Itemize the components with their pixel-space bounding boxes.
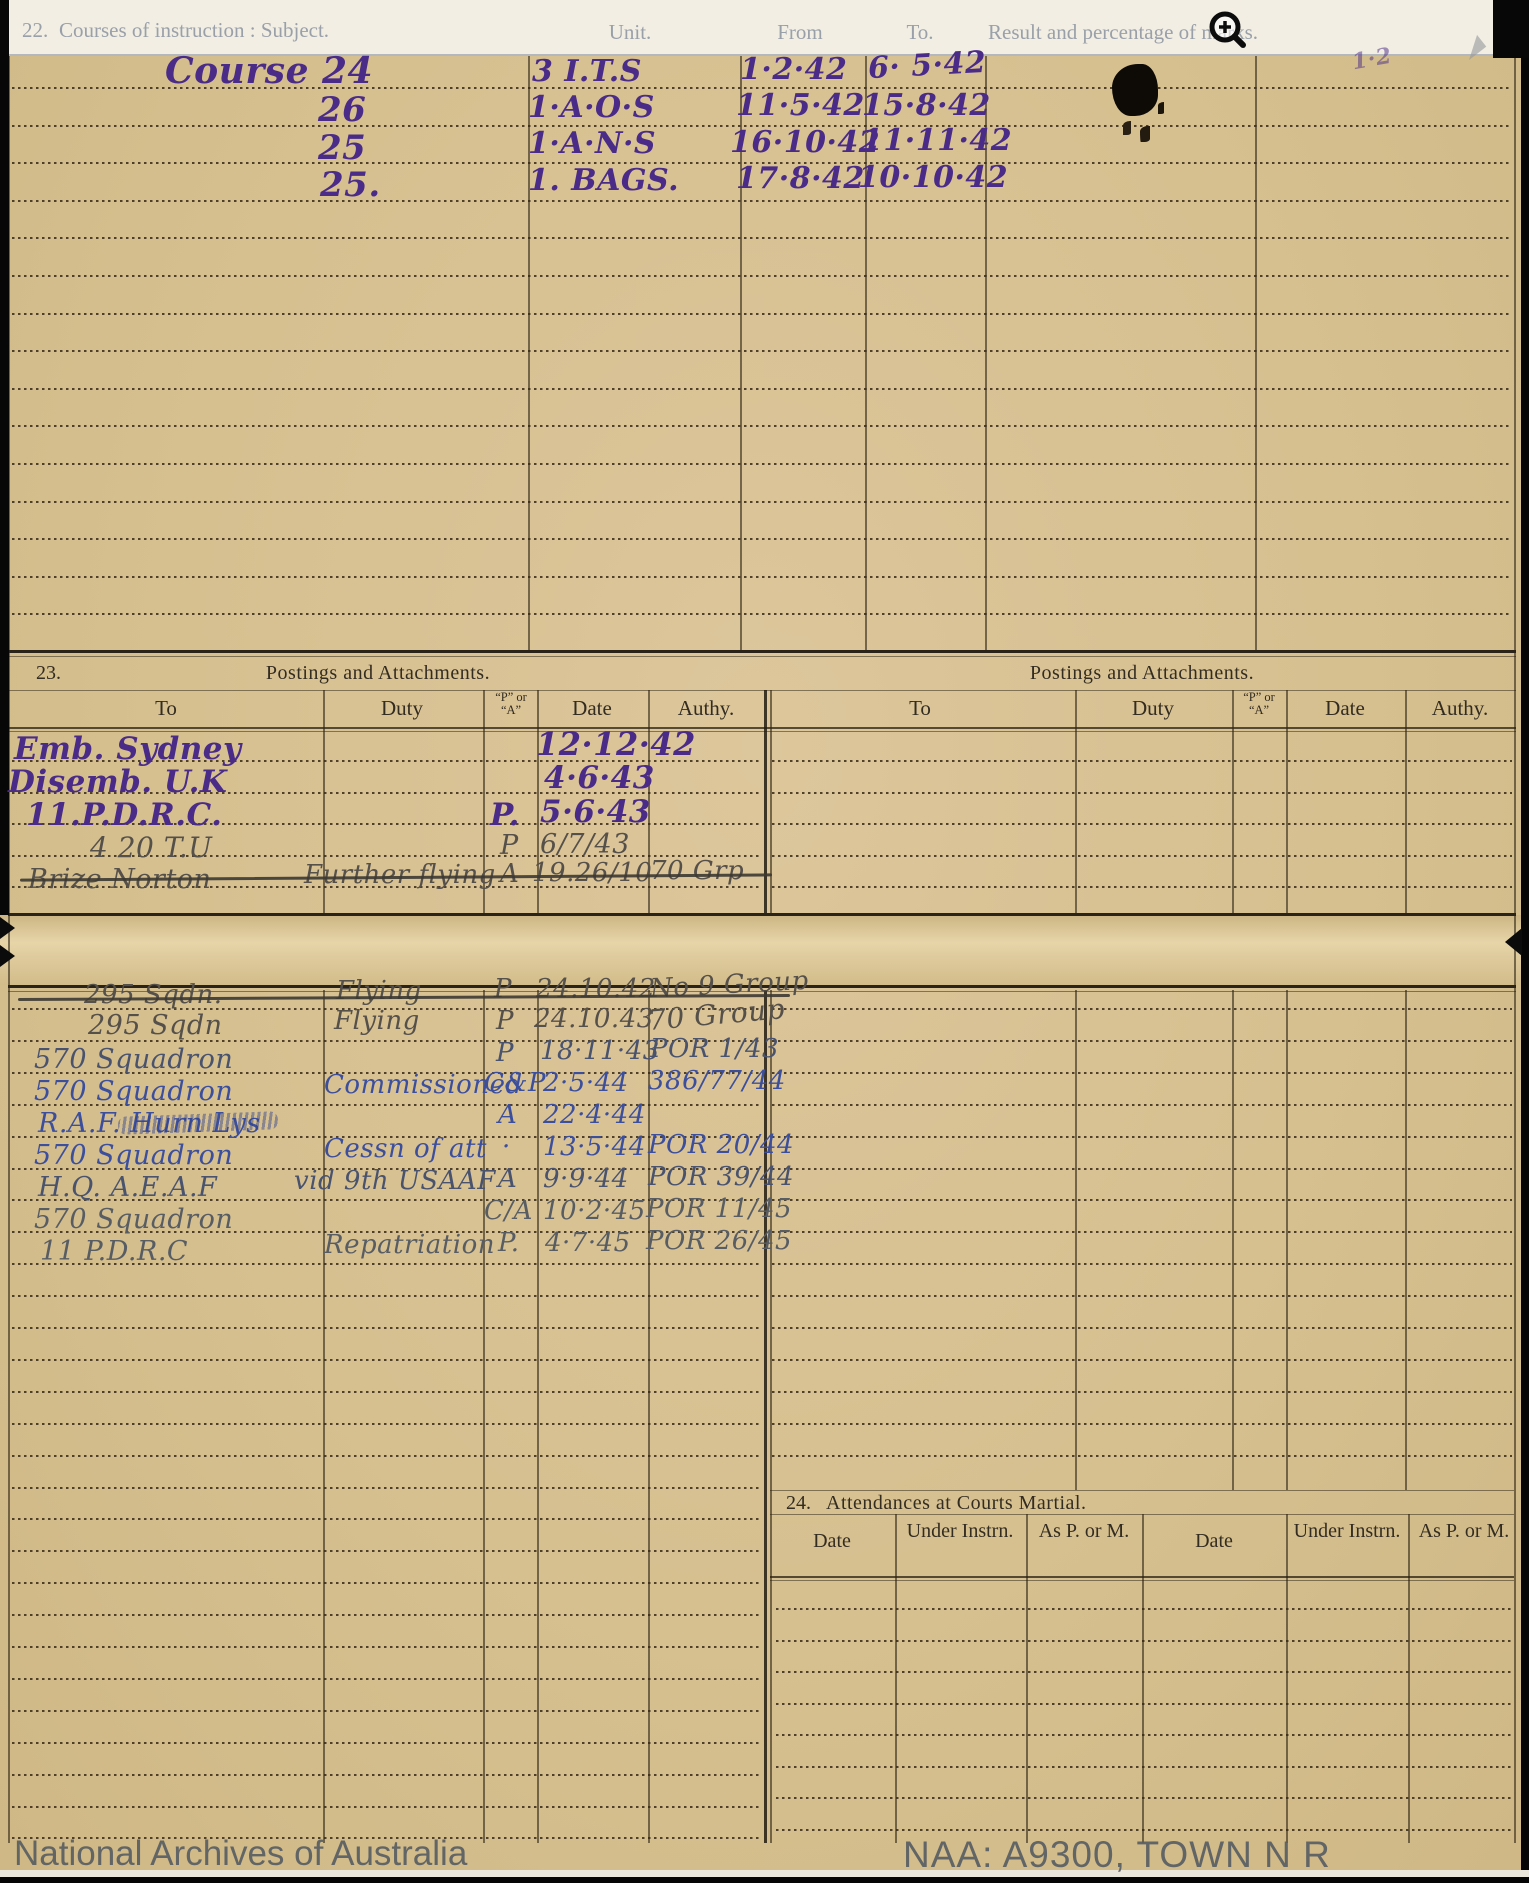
- dotted-rule-line: [776, 1608, 1512, 1610]
- dotted-rule-line: [776, 1766, 1512, 1768]
- dotted-rule-line: [772, 1327, 1512, 1329]
- dotted-rule-line: [772, 1295, 1512, 1297]
- dotted-rule-line: [772, 1199, 1512, 1201]
- s24-col-rule: [895, 1514, 897, 1843]
- hw-course-to: 6· 5·42: [867, 45, 987, 86]
- hw-posting-date: 19.26/10: [532, 858, 652, 888]
- s24-col-rule: [1142, 1514, 1144, 1843]
- lower-col-rule: [648, 990, 650, 1843]
- hw-posting-duty: Flying: [336, 976, 422, 1006]
- watermark-naa-reference: NAA: A9300, TOWN N R: [903, 1834, 1331, 1876]
- s24-header-rule: [770, 1576, 1514, 1578]
- hw-posting-pa: A: [500, 859, 519, 889]
- dotted-rule-line: [12, 1678, 760, 1680]
- dotted-rule-line: [776, 1671, 1512, 1673]
- dotted-rule-line: [772, 1359, 1512, 1361]
- hw-posting-date: 13·5·44: [543, 1132, 646, 1162]
- hw-posting-date: 22·4·44: [543, 1100, 646, 1130]
- hw-posting-pa: ·: [502, 1132, 511, 1162]
- dotted-rule-line: [772, 1136, 1512, 1138]
- col-header-authy: Authy.: [1432, 696, 1488, 721]
- hw-posting-authy: POR 39/44: [648, 1162, 794, 1192]
- hw-posting-authy: POR 20/44: [648, 1130, 794, 1160]
- hw-posting-to: 570 Squadron: [34, 1140, 233, 1171]
- center-divider: [764, 690, 767, 915]
- hw-course-subject: Course 24: [165, 50, 373, 92]
- hw-posting-to: 570 Squadron: [34, 1044, 233, 1075]
- section-divider: [8, 650, 1516, 653]
- dotted-rule-line: [12, 613, 1512, 615]
- zoom-in-icon[interactable]: [1206, 8, 1248, 50]
- dotted-rule-line: [12, 1646, 760, 1648]
- s22-col-rule: [1255, 55, 1257, 652]
- hw-posting-duty: Repatriation: [324, 1230, 495, 1260]
- hw-posting-pa: A: [498, 1164, 517, 1194]
- dotted-rule-line: [776, 1797, 1512, 1799]
- dotted-rule-line: [12, 1742, 760, 1744]
- hw-posting-to: H.Q. A.E.A.F: [38, 1172, 217, 1203]
- dotted-rule-line: [772, 886, 1512, 888]
- hw-posting-duty: vid 9th USAAF: [294, 1166, 496, 1196]
- lower-col-rule: [483, 990, 485, 1843]
- dotted-rule-line: [12, 1774, 760, 1776]
- section23-number: 23.: [36, 662, 61, 685]
- s23-col-rule: [1286, 690, 1288, 915]
- cm-col-date: Date: [813, 1530, 851, 1553]
- hw-posting-to: 295 Sqdn: [88, 1010, 223, 1041]
- lower-col-rule: [1075, 990, 1077, 1490]
- lower-col-rule: [537, 990, 539, 1843]
- dotted-rule-line: [12, 463, 1512, 465]
- hw-posting-date: 6/7/43: [540, 829, 630, 860]
- hw-posting-to: 11.P.D.R.C.: [26, 797, 222, 833]
- hw-posting-date: 9·9·44: [543, 1164, 629, 1194]
- dotted-rule-line: [772, 823, 1512, 825]
- dotted-rule-line: [776, 1734, 1512, 1736]
- hw-posting-pa: P: [496, 1038, 514, 1068]
- dotted-rule-line: [12, 1359, 760, 1361]
- hw-course-subject: 25.: [320, 165, 381, 205]
- hw-posting-duty: Flying: [334, 1006, 420, 1036]
- col-header-from: From: [777, 20, 823, 45]
- dotted-rule-line: [12, 1614, 760, 1616]
- hw-posting-to: Disemb. U.K: [8, 764, 227, 800]
- dotted-rule-line: [12, 1455, 760, 1457]
- lower-col-rule: [1405, 990, 1407, 1490]
- cm-col-date: Date: [1195, 1530, 1233, 1553]
- col-header-date: Date: [1325, 696, 1365, 721]
- cm-col-as-p-or-m: As P. or M.: [1034, 1520, 1134, 1542]
- cm-col-under-instrn: Under Instrn.: [905, 1520, 1015, 1542]
- col-header-to: To: [155, 696, 177, 721]
- scan-corner-black: [1493, 0, 1529, 58]
- hw-posting-pa: A: [498, 1100, 517, 1130]
- hw-posting-pa: P: [496, 1006, 514, 1036]
- hw-posting-to: 295 Sqdn.: [84, 980, 223, 1010]
- hw-posting-authy: POR 26/45: [646, 1226, 792, 1256]
- hw-posting-date: 5·6·43: [540, 794, 651, 830]
- center-divider: [764, 990, 767, 1843]
- dotted-rule-line: [12, 576, 1512, 578]
- hw-posting-to: 570 Squadron: [34, 1204, 233, 1235]
- hw-posting-date: 24.10.42: [536, 974, 656, 1004]
- col-header-to: To: [909, 696, 931, 721]
- hw-posting-pa: P: [500, 830, 519, 861]
- hw-course-from: 1·2·42: [740, 52, 847, 87]
- s23-col-rule: [1232, 690, 1234, 915]
- hw-posting-date: 24.10.43: [534, 1004, 654, 1034]
- hw-course-from: 16·10·42: [730, 125, 880, 160]
- section24-title: Attendances at Courts Martial.: [826, 1492, 1087, 1515]
- dotted-rule-line: [772, 1008, 1512, 1010]
- dotted-rule-line: [772, 1168, 1512, 1170]
- section22-title: Courses of instruction : Subject.: [59, 18, 329, 43]
- dotted-rule-line: [12, 1518, 760, 1520]
- dotted-rule-line: [772, 1455, 1512, 1457]
- hw-course-unit: 1·A·N·S: [528, 126, 656, 161]
- dotted-rule-line: [772, 855, 1512, 857]
- film-notch-icon: [1505, 928, 1522, 956]
- dotted-rule-line: [12, 1710, 760, 1712]
- hw-posting-date: 4·7·45: [545, 1228, 631, 1258]
- hw-posting-date: 10·2·45: [543, 1196, 646, 1226]
- hw-posting-authy: 386/77/44: [648, 1066, 786, 1096]
- dotted-rule-line: [12, 1550, 760, 1552]
- lower-col-rule: [323, 990, 325, 1843]
- hw-posting-date: 18·11·43: [540, 1036, 660, 1066]
- s24-header-rule: [770, 1580, 1514, 1581]
- hw-course-from: 11·5·42: [736, 88, 865, 123]
- hw-posting-pa: C&P: [484, 1068, 546, 1098]
- s24-top-rule: [770, 1490, 1514, 1491]
- dotted-rule-line: [12, 388, 1512, 390]
- dotted-rule-line: [12, 1391, 760, 1393]
- col-header-duty: Duty: [1132, 696, 1174, 721]
- hw-posting-date: 12·12·42: [536, 725, 696, 763]
- hw-posting-to: 11 P.D.R.C: [40, 1236, 188, 1267]
- center-divider: [770, 690, 772, 915]
- hw-posting-to: Emb. Sydney: [14, 731, 242, 767]
- dotted-rule-line: [776, 1703, 1512, 1705]
- dotted-rule-line: [12, 275, 1512, 277]
- section22-number: 22.: [22, 18, 48, 43]
- dotted-rule-line: [772, 1423, 1512, 1425]
- hw-posting-pa: P.: [498, 1228, 520, 1258]
- section23-title-left: Postings and Attachments.: [266, 662, 490, 685]
- col-header-unit: Unit.: [609, 20, 652, 45]
- col-header-p-or-a: “P” or “A”: [1235, 691, 1283, 717]
- col-header-date: Date: [572, 696, 612, 721]
- dotted-rule-line: [772, 1391, 1512, 1393]
- dotted-rule-line: [772, 1040, 1512, 1042]
- dotted-rule-line: [772, 760, 1512, 762]
- lower-col-rule: [1286, 990, 1288, 1490]
- document-viewer: 23. Postings and Attachments. Postings a…: [0, 0, 1529, 1883]
- dotted-rule-line: [12, 425, 1512, 427]
- dotted-rule-line: [12, 237, 1512, 239]
- dotted-rule-line: [12, 1423, 760, 1425]
- section-divider: [8, 656, 1516, 657]
- hw-course-to: 10·10·42: [858, 160, 1008, 195]
- lower-col-rule: [1232, 990, 1234, 1490]
- hw-course-unit: 1. BAGS.: [528, 163, 679, 198]
- cm-col-under-instrn: Under Instrn.: [1292, 1520, 1402, 1542]
- hw-posting-pa: P: [494, 974, 512, 1004]
- hw-posting-to: 4 20 T.U: [90, 831, 212, 864]
- dotted-rule-line: [12, 1806, 760, 1808]
- film-notch-icon: [0, 945, 15, 967]
- hw-posting-authy: POR 1/43: [650, 1034, 779, 1064]
- hw-course-to: 11·11·42: [862, 123, 1012, 158]
- dotted-rule-line: [772, 1104, 1512, 1106]
- dotted-rule-line: [772, 792, 1512, 794]
- hw-posting-pa: P.: [490, 797, 520, 833]
- col-header-authy: Authy.: [678, 696, 734, 721]
- s23-col-rule: [1405, 690, 1407, 915]
- dotted-rule-line: [12, 313, 1512, 315]
- dotted-rule-line: [776, 1640, 1512, 1642]
- col-header-to: To.: [906, 20, 933, 45]
- dotted-rule-line: [12, 1582, 760, 1584]
- dotted-rule-line: [12, 501, 1512, 503]
- hw-posting-duty: Cessn of att: [324, 1134, 487, 1164]
- dotted-rule-line: [772, 1072, 1512, 1074]
- header-row-rule: [8, 690, 1516, 691]
- hw-posting-pa: C/A: [484, 1196, 533, 1226]
- hw-posting-date: 2·5·44: [543, 1068, 629, 1098]
- dotted-rule-line: [772, 1263, 1512, 1265]
- dotted-rule-line: [12, 1327, 760, 1329]
- dotted-rule-line: [12, 1295, 760, 1297]
- hw-posting-to: 570 Squadron: [34, 1076, 233, 1107]
- hw-course-from: 17·8·42: [736, 161, 865, 196]
- hw-posting-authy: 70 Grp: [650, 856, 744, 886]
- hw-course-unit: 1·A·O·S: [528, 90, 655, 125]
- dotted-rule-line: [12, 350, 1512, 352]
- hw-course-unit: 3 I.T.S: [532, 54, 642, 89]
- dotted-rule-line: [772, 1231, 1512, 1233]
- s24-col-rule: [1026, 1514, 1028, 1843]
- hw-course-to: 15·8·42: [862, 88, 991, 123]
- cm-col-as-p-or-m: As P. or M.: [1414, 1520, 1514, 1542]
- page-bottom-rule: [8, 913, 1516, 916]
- form-header-strip: 22. Courses of instruction : Subject. Un…: [9, 0, 1493, 56]
- hw-posting-date: 4·6·43: [544, 760, 655, 796]
- dotted-rule-line: [776, 1829, 1512, 1831]
- s23-col-rule: [1075, 690, 1077, 915]
- dotted-rule-line: [12, 538, 1512, 540]
- ink-blot: [1112, 64, 1158, 116]
- s24-col-rule: [1408, 1514, 1410, 1843]
- col-header-p-or-a: “P” or “A”: [487, 691, 535, 717]
- hw-course-subject: 25: [318, 128, 366, 168]
- hw-course-subject: 26: [318, 90, 366, 130]
- watermark-archives: National Archives of Australia: [14, 1834, 467, 1874]
- dotted-rule-line: [12, 200, 1512, 202]
- section24-number: 24.: [786, 1492, 811, 1515]
- hw-posting-authy: POR 11/45: [646, 1194, 792, 1224]
- col-header-duty: Duty: [381, 696, 423, 721]
- section23-title-right: Postings and Attachments.: [1030, 662, 1254, 685]
- dotted-rule-line: [12, 1487, 760, 1489]
- header-row-rule: [8, 727, 1516, 729]
- center-divider: [770, 990, 772, 1843]
- film-notch-icon: [0, 917, 15, 939]
- s24-col-rule: [1286, 1514, 1288, 1843]
